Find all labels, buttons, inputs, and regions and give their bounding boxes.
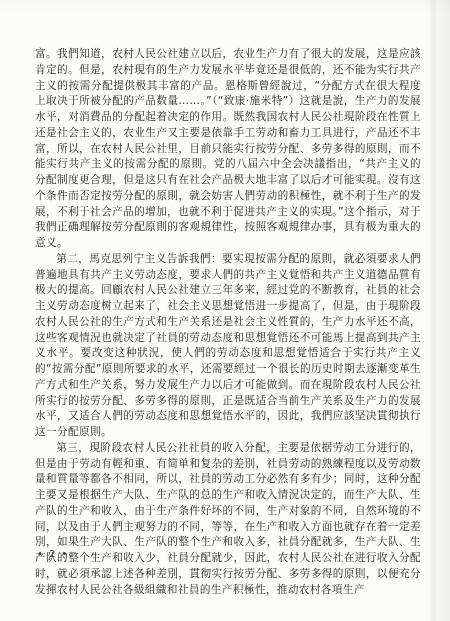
paragraph-second-point: 第二，馬克思列宁主义告訴我們：要实現按需分配的原則，就必須要求人們普遍地具有共产…: [35, 252, 421, 441]
paragraph-third-point: 第三，現阶段农村人民公社社員的收入分配，主要是依据劳动工分进行的，但是由于劳动有…: [35, 441, 421, 599]
scan-edge-shadow: [429, 0, 438, 621]
body-text: 富。我們知道，农村人民公社建立以后，农业生产力有了很大的发展，这是应該肯定的。但…: [35, 47, 421, 598]
scanned-page: 富。我們知道，农村人民公社建立以后，农业生产力有了很大的发展，这是应該肯定的。但…: [0, 0, 450, 621]
page-number: • 2 •: [37, 549, 69, 560]
paragraph-continued: 富。我們知道，农村人民公社建立以后，农业生产力有了很大的发展，这是应該肯定的。但…: [35, 47, 421, 252]
